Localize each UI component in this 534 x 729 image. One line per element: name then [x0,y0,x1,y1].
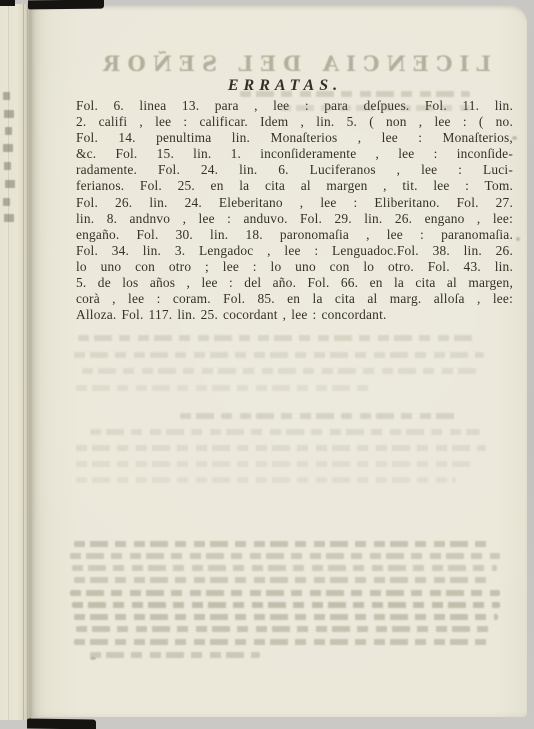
errata-line: ferianos. Fol. 25. en la cita al margen … [76,178,513,194]
bleed-through-text-line [74,352,484,358]
errata-line: 5. de los años , lee : del año. Fol. 66.… [76,275,513,291]
bleed-through-heading: LICENCIA DEL SEÑOR [75,51,512,76]
bleed-through-text-line [72,602,500,608]
bleed-through-text-line [74,614,498,620]
bleed-through-text-line [74,577,494,583]
paper-fleck [512,136,517,140]
scan-artifact-top-left [0,0,15,6]
bleed-through-text-line [74,639,494,645]
gutter-bleed-mark [5,127,12,135]
gutter-bleed-mark [3,144,13,152]
bleed-through-text-line [280,105,470,111]
gutter-bleed-mark [3,92,10,100]
bleed-through-text-line [76,385,376,391]
bleed-through-text-line [76,445,486,451]
errata-line: Alloza. Fol. 117. lin. 25. cocordant , l… [76,307,513,323]
page-crease [27,4,28,720]
scan-artifact-top [28,0,104,9]
bleed-through-text-line [90,429,480,435]
errata-line: engaño. Fol. 30. lin. 18. paronomaſia , … [76,227,513,243]
bleed-through-text-line [180,413,460,419]
gutter-page-edge [0,4,31,720]
errata-text-block: Fol. 6. linea 13. para , lee : para deſp… [76,98,513,323]
bleed-through-text-line [76,477,456,483]
errata-line: corà , lee : coram. Fol. 85. en la cita … [76,291,513,307]
paper-fleck [516,237,520,241]
page-crease [23,4,24,720]
errata-line: lo uno con otro ; lee : lo uno con lo ot… [76,259,513,275]
bleed-through-text-line [72,565,497,571]
bleed-through-text-line [240,91,470,97]
book-page: LICENCIA DEL SEÑOR ERRATAS. Fol. 6. line… [30,5,527,717]
errata-line: lin. 8. andnvo , lee : anduvo. Fol. 29. … [76,211,513,227]
gutter-bleed-mark [4,214,14,222]
bleed-through-text-line [76,461,476,467]
bleed-through-text-line [90,652,260,658]
gutter-bleed-mark [4,162,11,170]
bleed-through-text-line [78,335,478,341]
errata-line: Fol. 26. lin. 24. Eleberitano , lee : El… [76,195,513,211]
bleed-through-text-line [82,368,477,374]
scan-artifact-bottom [27,719,96,729]
errata-line: Fol. 14. penultima lin. Monaſterios , le… [76,130,513,146]
bleed-through-text-line [70,553,500,559]
errata-line: &c. Fol. 15. lin. 1. inconſideramente , … [76,146,513,162]
bleed-through-text-line [70,590,500,596]
bleed-through-text-line [74,541,494,547]
errata-line: radamente. Fol. 24. lin. 6. Luciferanos … [76,162,513,178]
errata-line: 2. califi , lee : calificar. Idem , lin.… [76,114,513,130]
bleed-through-text-line [76,626,494,632]
gutter-bleed-mark [5,180,15,188]
scanned-book-page-view: { "document": { "title": "ERRATAS.", "bo… [0,0,534,729]
errata-line: Fol. 34. lin. 3. Lengadoc , lee : Lengua… [76,243,513,259]
gutter-bleed-mark [4,110,14,118]
gutter-bleed-mark [3,198,10,206]
